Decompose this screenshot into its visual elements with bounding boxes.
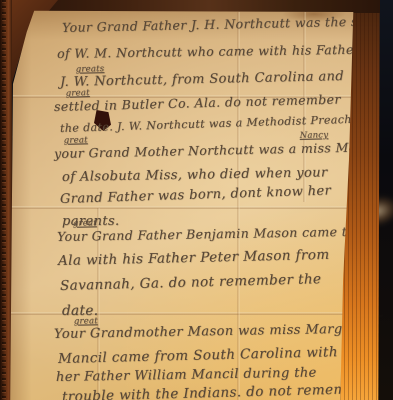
inserted-word-above-line: great bbox=[66, 88, 90, 99]
handwriting-line: trouble with the Indians. do not remem bbox=[62, 382, 347, 400]
handwriting-text: Your Grand Father J. H. Northcutt was th… bbox=[62, 13, 374, 35]
inserted-word-above-line: greats bbox=[76, 64, 105, 75]
inserted-word-above-line: Nancy bbox=[300, 130, 329, 141]
handwriting-line: Your Grand Father J. H. Northcutt was th… bbox=[62, 13, 374, 35]
inserted-word-above-line: great bbox=[64, 135, 88, 146]
handwriting-line: her Father William Mancil during the bbox=[56, 365, 317, 385]
handwriting-text: trouble with the Indians. do not remem bbox=[62, 382, 347, 400]
inserted-word-above-line: great bbox=[74, 316, 98, 326]
handwriting-text: her Father William Mancil during the bbox=[56, 365, 317, 385]
letter-paper: Your Grand Father J. H. Northcutt was th… bbox=[0, 0, 393, 400]
inserted-word-above-line: great bbox=[73, 218, 97, 228]
fold-crease-vertical bbox=[237, 12, 240, 400]
handwriting-line: greatsJ. W. Northcutt, from South Caroli… bbox=[60, 69, 344, 90]
handwriting-line: of Alsobuta Miss, who died when your bbox=[62, 165, 328, 185]
handwriting-line: Grand Father was born, dont know her bbox=[60, 183, 332, 207]
photo-of-handwritten-letter: Your Grand Father J. H. Northcutt was th… bbox=[0, 0, 393, 400]
leather-stitching bbox=[2, 0, 6, 400]
handwriting-text: Your Grandmother Mason was miss Margaret bbox=[54, 321, 371, 342]
handwriting-text: Grand Father was born, dont know her bbox=[60, 183, 332, 207]
handwriting-text: of Alsobuta Miss, who died when your bbox=[62, 165, 328, 185]
handwriting-text: of W. M. Northcutt who came with his Fat… bbox=[57, 42, 360, 61]
handwriting-line: greatNancyyour Grand Mother Northcutt wa… bbox=[54, 139, 379, 161]
handwriting-line: greatYour Grandmother Mason was miss Mar… bbox=[54, 321, 371, 342]
handwriting-text: your Grand Mother Northcutt was a miss M… bbox=[54, 139, 379, 161]
handwriting-line: of W. M. Northcutt who came with his Fat… bbox=[57, 42, 360, 61]
